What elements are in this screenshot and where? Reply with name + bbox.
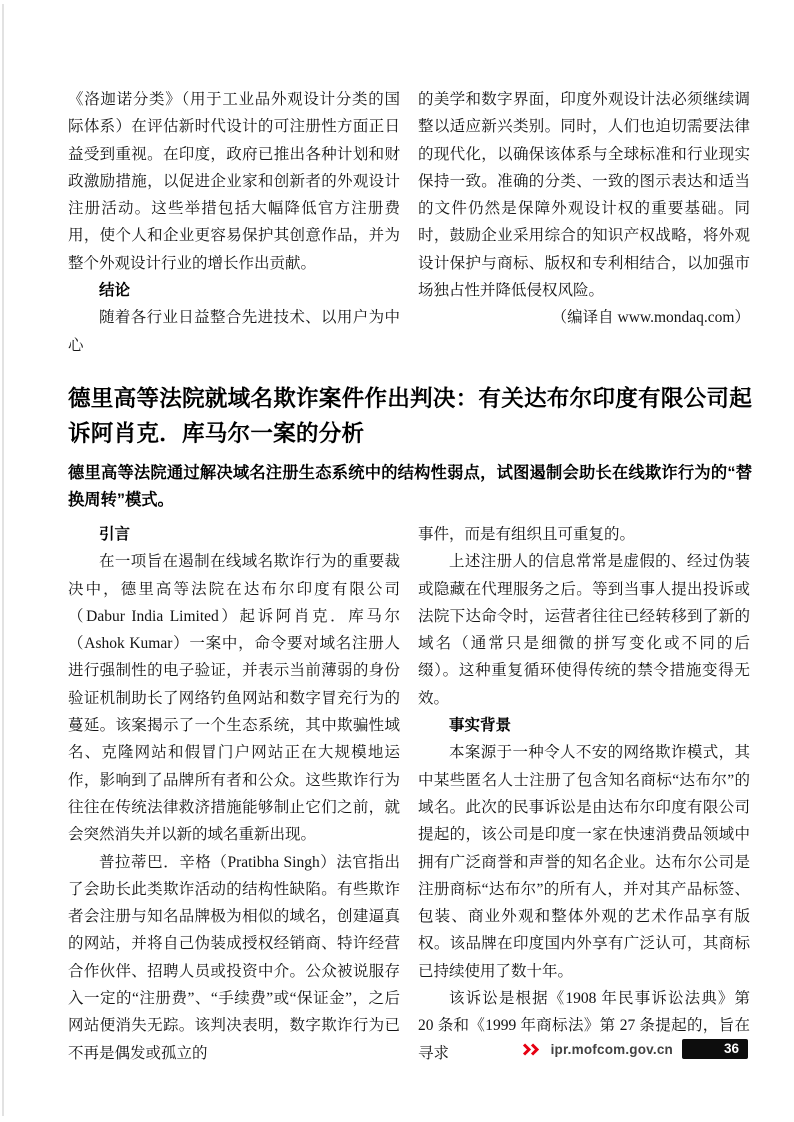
paragraph: 《洛迦诺分类》（用于工业品外观设计分类的国际体系）在评估新时代设计的可注册性方面… (68, 86, 400, 277)
article2-title-block: 德里高等法院就域名欺诈案件作出判决：有关达布尔印度有限公司起诉阿肖克．库马尔一案… (68, 381, 752, 513)
paragraph: 在一项旨在遏制在线域名欺诈行为的重要裁决中，德里高等法院在达布尔印度有限公司（D… (68, 548, 400, 848)
article1-continued-section: 《洛迦诺分类》（用于工业品外观设计分类的国际体系）在评估新时代设计的可注册性方面… (68, 86, 750, 359)
paragraph: 随着各行业日益整合先进技术、以用户为中心 (68, 304, 400, 359)
paragraph: 本案源于一种令人不安的网络欺诈模式，其中某些匿名人士注册了包含知名商标“达布尔”… (418, 739, 750, 985)
article-title: 德里高等法院就域名欺诈案件作出判决：有关达布尔印度有限公司起诉阿肖克．库马尔一案… (68, 381, 752, 451)
article2-body-section: 引言在一项旨在遏制在线域名欺诈行为的重要裁决中，德里高等法院在达布尔印度有限公司… (68, 521, 750, 1067)
page-left-edge (2, 4, 4, 1116)
paragraph: 普拉蒂巴．辛格（Pratibha Singh）法官指出了会助长此类欺诈活动的结构… (68, 849, 400, 1067)
article1-left-column: 《洛迦诺分类》（用于工业品外观设计分类的国际体系）在评估新时代设计的可注册性方面… (68, 86, 400, 359)
paragraph: 上述注册人的信息常常是虚假的、经过伪装或隐藏在代理服务之后。等到当事人提出投诉或… (418, 548, 750, 712)
section-heading-conclusion: 结论 (68, 277, 400, 304)
article2-left-column: 引言在一项旨在遏制在线域名欺诈行为的重要裁决中，德里高等法院在达布尔印度有限公司… (68, 521, 400, 1067)
source-attribution: （编译自 www.mondaq.com） (418, 304, 750, 331)
page-number-badge: 36 (682, 1039, 748, 1059)
footer-site-url: ipr.mofcom.gov.cn (551, 1042, 673, 1057)
article2-right-column: 事件，而是有组织且可重复的。上述注册人的信息常常是虚假的、经过伪装或隐藏在代理服… (418, 521, 750, 1067)
paragraph: 的美学和数字界面，印度外观设计法必须继续调整以适应新兴类别。同时，人们也迫切需要… (418, 86, 750, 304)
page-footer: ipr.mofcom.gov.cn 36 (0, 1038, 748, 1060)
article-subtitle: 德里高等法院通过解决域名注册生态系统中的结构性弱点，试图遏制会助长在线欺诈行为的… (68, 460, 752, 513)
double-chevron-icon (522, 1043, 542, 1056)
section-heading-facts: 事实背景 (418, 712, 750, 739)
paragraph: 事件，而是有组织且可重复的。 (418, 521, 750, 548)
article1-right-column: 的美学和数字界面，印度外观设计法必须继续调整以适应新兴类别。同时，人们也迫切需要… (418, 86, 750, 359)
section-heading-intro: 引言 (68, 521, 400, 548)
